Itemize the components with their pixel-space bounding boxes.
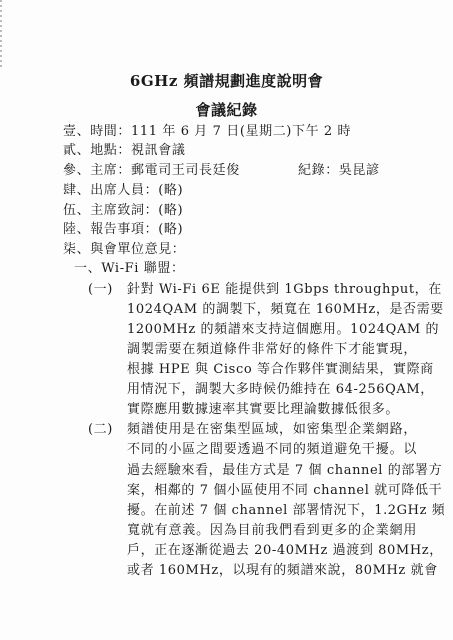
- meta-value: (略): [158, 222, 183, 237]
- meta-location: 貳、地點：視訊會議: [63, 143, 185, 159]
- meta-reports: 陸、報告事項：(略): [63, 222, 183, 238]
- scan-edge-artifact: [0, 0, 2, 70]
- paragraph-line: 1200MHz 的頻譜來支持這個應用。1024QAM 的: [127, 322, 417, 338]
- meta-label: 伍、主席致詞：: [63, 203, 158, 218]
- paragraph-line: 案，相鄰的 7 個小區使用不同 channel 就可降低干: [127, 483, 417, 499]
- paragraph-line: 或者 160MHz，以現有的頻譜來說，80MHz 就會: [127, 563, 417, 579]
- paragraph-line: 用情況下，調製大多時候仍維持在 64-256QAM，: [127, 382, 417, 398]
- recorder-value: 吳昆諺: [339, 163, 380, 178]
- meta-chair-remarks: 伍、主席致詞：(略): [63, 203, 183, 219]
- meta-label: 陸、報告事項：: [63, 222, 158, 237]
- meta-value: (略): [158, 203, 183, 218]
- meta-value: (略): [158, 183, 183, 198]
- meta-value: 111 年 6 月 7 日(星期二)下午 2 時: [131, 124, 351, 139]
- paragraph-line: 針對 Wi-Fi 6E 能提供到 1Gbps throughput，在: [127, 282, 417, 298]
- meta-label: 柒、與會單位意見：: [63, 242, 185, 257]
- section-heading: 一、Wi-Fi 聯盟：: [74, 261, 185, 277]
- meta-label: 壹、時間：: [63, 124, 131, 139]
- meta-label: 肆、出席人員：: [63, 183, 158, 198]
- paragraph-line: 根據 HPE 與 Cisco 等合作夥伴實測結果，實際商: [127, 362, 417, 378]
- item-marker: (二): [88, 422, 113, 438]
- paragraph-line: 頻譜使用是在密集型區域，如密集型企業網路，: [127, 422, 417, 438]
- document-title: 6GHz 頻譜規劃進度說明會: [0, 70, 453, 91]
- paragraph-line: 擾。在前述 7 個 channel 部署情況下，1.2GHz 頻: [127, 503, 417, 519]
- paragraph-line: 寬就有意義。因為目前我們看到更多的企業網用: [127, 523, 417, 539]
- meta-label: 參、主席：: [63, 163, 131, 178]
- paragraph-line: 過去經驗來看，最佳方式是 7 個 channel 的部署方: [127, 463, 417, 479]
- meta-recorder: 紀錄：吳昆諺: [298, 163, 380, 179]
- paragraph-line: 實際應用數據速率其實要比理論數據低很多。: [127, 402, 417, 418]
- meta-label: 貳、地點：: [63, 143, 131, 158]
- paragraph-line: 戶，正在逐漸從過去 20-40MHz 過渡到 80MHz，: [127, 543, 417, 559]
- meta-attendees: 肆、出席人員：(略): [63, 183, 183, 199]
- item-marker: (一): [88, 282, 113, 298]
- meta-value: 郵電司王司長廷俊: [131, 163, 240, 178]
- meta-value: 視訊會議: [131, 143, 185, 158]
- paragraph-line: 不同的小區之間要透過不同的頻道避免干擾。以: [127, 442, 417, 458]
- meta-opinions: 柒、與會單位意見：: [63, 242, 185, 258]
- paragraph-line: 1024QAM 的調製下，頻寬在 160MHz，是否需要: [127, 302, 417, 318]
- meta-chair: 參、主席：郵電司王司長廷俊: [63, 163, 240, 179]
- paragraph-line: 調製需要在頻道條件非常好的條件下才能實現，: [127, 342, 417, 358]
- recorder-label: 紀錄：: [298, 163, 339, 178]
- document-page: 6GHz 頻譜規劃進度說明會 會議紀錄 壹、時間：111 年 6 月 7 日(星…: [0, 0, 453, 640]
- document-subtitle: 會議紀錄: [0, 99, 453, 120]
- meta-time: 壹、時間：111 年 6 月 7 日(星期二)下午 2 時: [63, 124, 351, 140]
